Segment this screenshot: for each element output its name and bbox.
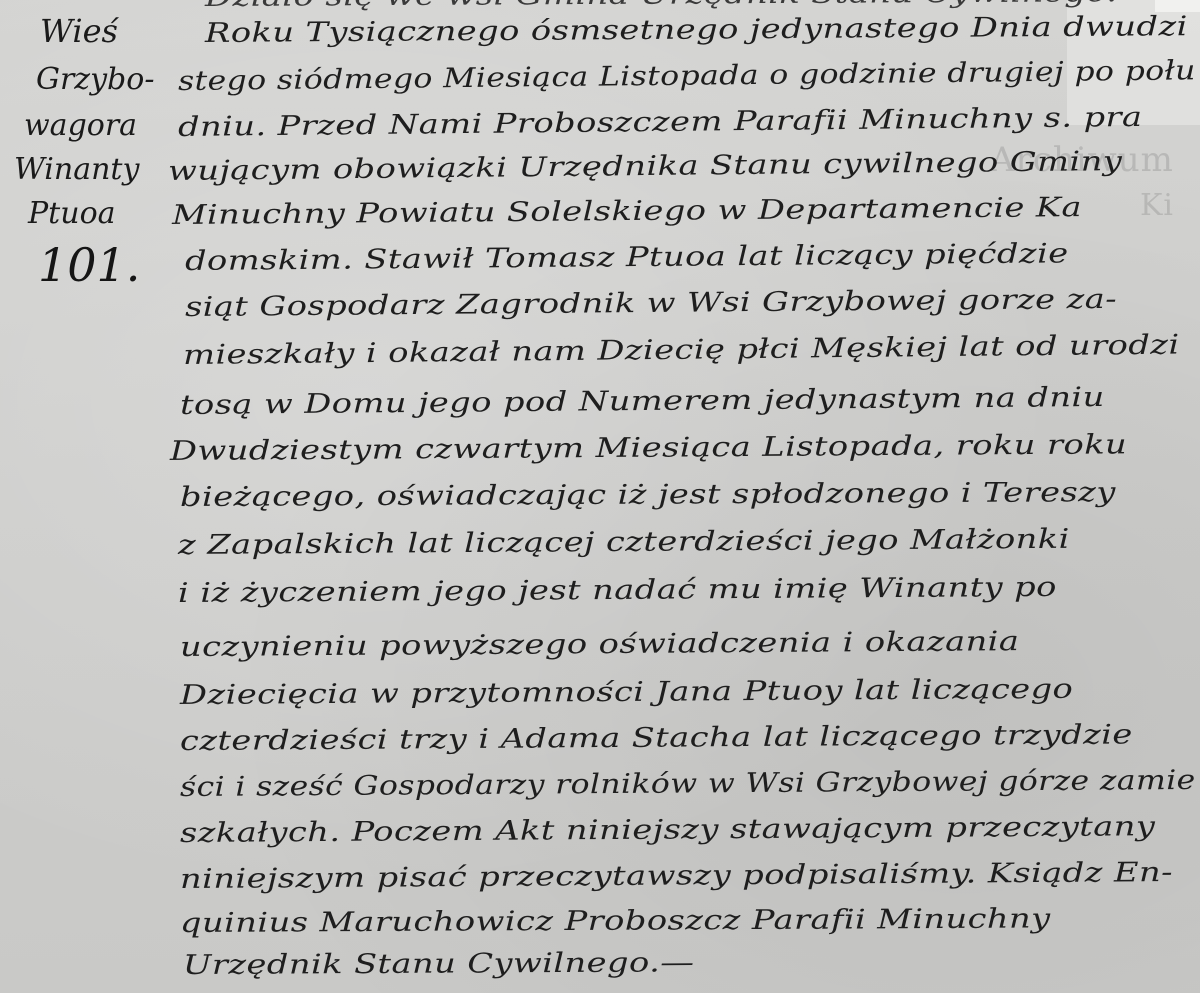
body-line: i iż życzeniem jego jest nadać mu imię W… (178, 572, 1057, 609)
margin-note-surname: Ptuoa (28, 196, 116, 231)
body-line: niniejszym pisać przeczytawszy podpisali… (180, 857, 1173, 895)
body-line: Działo się we wsi Gmina Urzędnik Stanu C… (205, 0, 1118, 13)
scanned-document-page: Archiwum Ki Wieś Grzybo- wagora Winanty … (0, 0, 1200, 993)
body-line: Dziecięcia w przytomności Jana Ptuoy lat… (180, 674, 1073, 711)
body-line: uczynieniu powyższego oświadczenia i oka… (180, 626, 1020, 663)
body-line: Roku Tysiącznego ósmsetnego jedynastego … (205, 11, 1188, 49)
body-line: z Zapalskich lat liczącej czterdzieści j… (178, 524, 1070, 561)
body-line: czterdzieści trzy i Adama Stacha lat lic… (180, 719, 1133, 757)
body-line: szkałych. Poczem Akt niniejszy stawający… (180, 811, 1155, 849)
margin-note-village-name-2: wagora (24, 108, 137, 143)
scan-overlay-strip (1155, 0, 1200, 12)
body-line: ści i sześć Gospodarzy rolników w Wsi Gr… (180, 765, 1196, 803)
margin-note-child-name: Winanty (14, 152, 139, 187)
body-line: Dwudziestym czwartym Miesiąca Listopada,… (170, 429, 1127, 467)
archive-watermark-fragment: Ki (1140, 188, 1174, 223)
body-line: stego siódmego Miesiąca Listopada o godz… (178, 55, 1196, 97)
record-number: 101. (38, 238, 140, 292)
body-line: quinius Maruchowicz Proboszcz Parafii Mi… (180, 903, 1051, 939)
body-line: bieżącego, oświadczając iż jest spłodzon… (180, 477, 1116, 513)
body-line: Minuchny Powiatu Solelskiego w Departame… (172, 192, 1082, 231)
margin-note-village-name-1: Grzybo- (36, 62, 154, 97)
body-line: siąt Gospodarz Zagrodnik w Wsi Grzybowej… (185, 284, 1117, 323)
body-line: dniu. Przed Nami Proboszczem Parafii Min… (178, 102, 1143, 143)
body-line: wującym obowiązki Urzędnika Stanu cywiln… (168, 146, 1123, 187)
body-line: tosą w Domu jego pod Numerem jedynastym … (180, 382, 1105, 421)
body-line-signature: Urzędnik Stanu Cywilnego.— (183, 947, 694, 981)
body-line: domskim. Stawił Tomasz Ptuoa lat liczący… (185, 238, 1069, 277)
body-line: mieszkały i okazał nam Dziecię płci Męsk… (183, 330, 1180, 371)
margin-note-village-label: Wieś (40, 12, 118, 50)
